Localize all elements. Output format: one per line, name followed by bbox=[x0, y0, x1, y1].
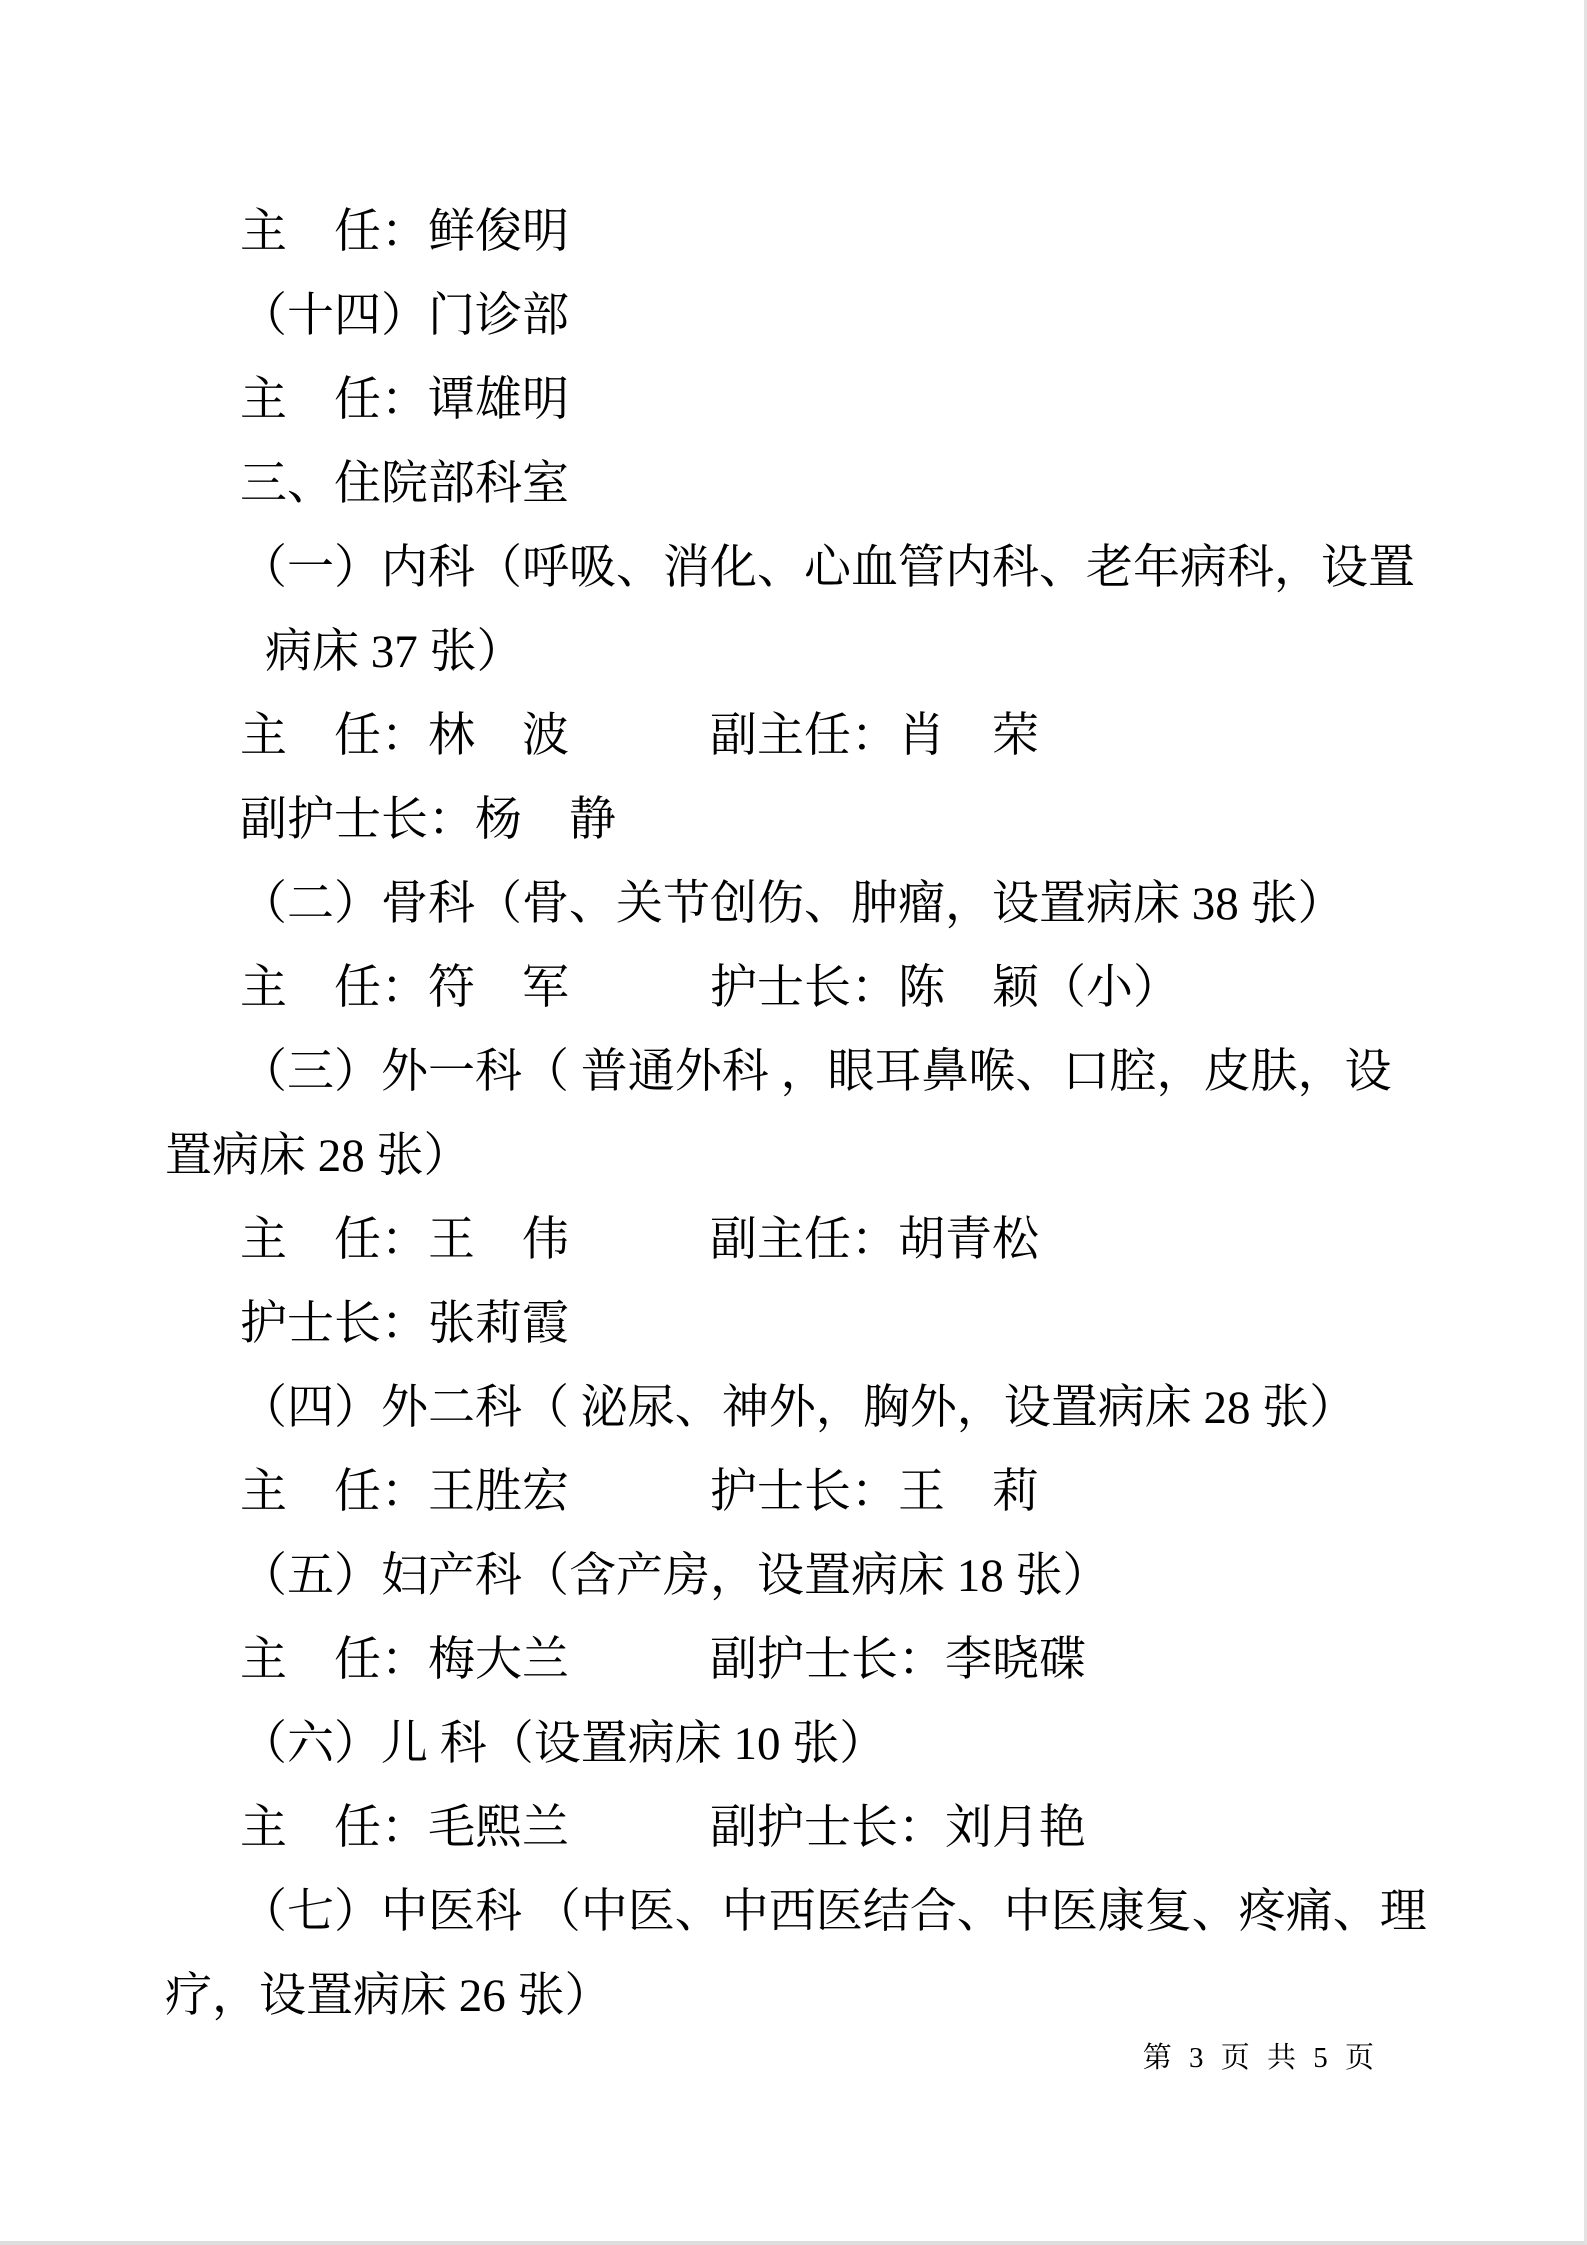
document-line-section-heading: 三、住院部科室 bbox=[165, 442, 1465, 526]
document-line: 主 任：毛熙兰 副护士长：刘月艳 bbox=[165, 1786, 1465, 1870]
document-line: 副护士长：杨 静 bbox=[165, 778, 1465, 862]
document-line: （六）儿 科（设置病床 10 张） bbox=[165, 1702, 1465, 1786]
document-line: 护士长：张莉霞 bbox=[165, 1282, 1465, 1366]
document-line: （二）骨科（骨、关节创伤、肿瘤，设置病床 38 张） bbox=[165, 862, 1465, 946]
document-line: 疗，设置病床 26 张） bbox=[165, 1954, 1465, 2038]
document-line: 主 任：梅大兰 副护士长：李晓碟 bbox=[165, 1618, 1465, 1702]
document-line: 主 任：林 波 副主任：肖 荣 bbox=[165, 694, 1465, 778]
document-line: 主 任：符 军 护士长：陈 颖（小） bbox=[165, 946, 1465, 1030]
document-page: 主 任：鲜俊明 （十四）门诊部 主 任：谭雄明 三、住院部科室 （一）内科（呼吸… bbox=[0, 0, 1587, 2245]
document-line: （四）外二科（ 泌尿、神外，胸外，设置病床 28 张） bbox=[165, 1366, 1465, 1450]
document-line: （七）中医科 （中医、中西医结合、中医康复、疼痛、理 bbox=[165, 1870, 1465, 1954]
document-line: （三）外一科（ 普通外科 ，眼耳鼻喉、口腔，皮肤，设 bbox=[165, 1030, 1465, 1114]
document-line: 置病床 28 张） bbox=[165, 1114, 1465, 1198]
document-line: （五）妇产科（含产房，设置病床 18 张） bbox=[165, 1534, 1465, 1618]
document-line: （十四）门诊部 bbox=[165, 274, 1465, 358]
page-number-footer: 第 3 页 共 5 页 bbox=[1143, 2038, 1379, 2078]
document-line: 主 任：王 伟 副主任：胡青松 bbox=[165, 1198, 1465, 1282]
document-body: 主 任：鲜俊明 （十四）门诊部 主 任：谭雄明 三、住院部科室 （一）内科（呼吸… bbox=[165, 190, 1465, 2038]
document-line: 病床 37 张） bbox=[165, 610, 1465, 694]
document-line: （一）内科（呼吸、消化、心血管内科、老年病科，设置 bbox=[165, 526, 1465, 610]
document-line: 主 任：鲜俊明 bbox=[165, 190, 1465, 274]
document-line: 主 任：王胜宏 护士长：王 莉 bbox=[165, 1450, 1465, 1534]
document-line: 主 任：谭雄明 bbox=[165, 358, 1465, 442]
